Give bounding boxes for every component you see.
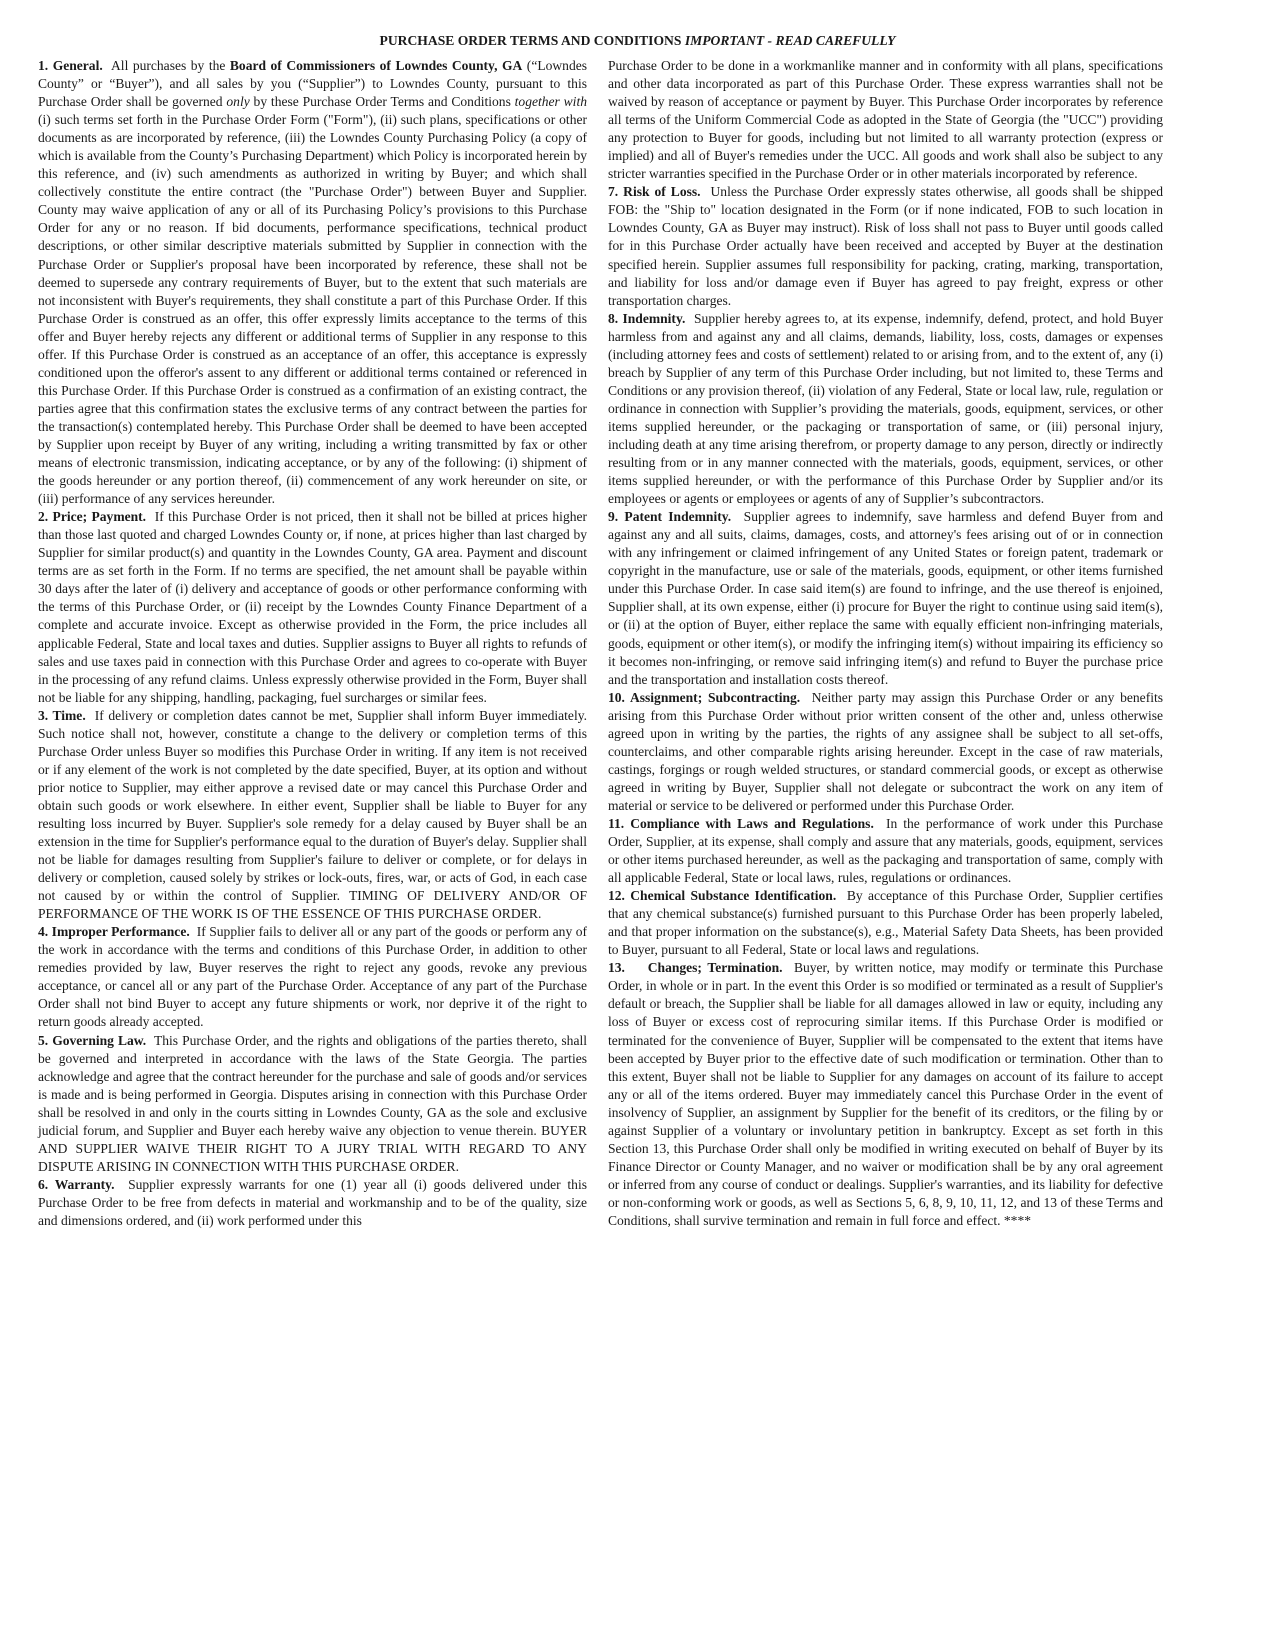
section-text: (i) such terms set forth in the Purchase… [38, 112, 587, 506]
section-chemical-substance: 12. Chemical Substance Identification. B… [608, 887, 1163, 959]
section-patent-indemnity: 9. Patent Indemnity. Supplier agrees to … [608, 508, 1163, 688]
page-title: PURCHASE ORDER TERMS AND CONDITIONS IMPO… [0, 33, 1275, 49]
section-heading: 3. Time. [38, 708, 86, 723]
section-indemnity: 8. Indemnity. Supplier hereby agrees to,… [608, 310, 1163, 509]
section-heading: 12. Chemical Substance Identification. [608, 888, 836, 903]
section-assignment-subcontracting: 10. Assignment; Subcontracting. Neither … [608, 689, 1163, 815]
section-heading: 8. Indemnity. [608, 311, 685, 326]
section-text: Unless the Purchase Order expressly stat… [608, 184, 1163, 307]
section-warranty: 6. Warranty. Supplier expressly warrants… [38, 1176, 587, 1230]
section-heading: 4. Improper Performance. [38, 924, 190, 939]
section-text: If this Purchase Order is not priced, th… [38, 509, 587, 704]
section-text-italic: together with [515, 94, 587, 109]
section-price-payment: 2. Price; Payment. If this Purchase Orde… [38, 508, 587, 707]
section-text: If delivery or completion dates cannot b… [38, 708, 587, 922]
section-time: 3. Time. If delivery or completion dates… [38, 707, 587, 924]
section-governing-law: 5. Governing Law. This Purchase Order, a… [38, 1032, 587, 1176]
section-text: Supplier agrees to indemnify, save harml… [608, 509, 1163, 686]
section-warranty-continued: Purchase Order to be done in a workmanli… [608, 57, 1163, 183]
section-heading: 10. Assignment; Subcontracting. [608, 690, 800, 705]
section-compliance-laws: 11. Compliance with Laws and Regulations… [608, 815, 1163, 887]
section-text: Purchase Order to be done in a workmanli… [608, 58, 1163, 181]
section-heading: 7. Risk of Loss. [608, 184, 701, 199]
section-heading: 13. Changes; Termination. [608, 960, 783, 975]
section-risk-of-loss: 7. Risk of Loss. Unless the Purchase Ord… [608, 183, 1163, 309]
section-heading: 11. Compliance with Laws and Regulations… [608, 816, 874, 831]
section-heading: 6. Warranty. [38, 1177, 115, 1192]
right-column: Purchase Order to be done in a workmanli… [608, 57, 1163, 1230]
page-title-main: PURCHASE ORDER TERMS AND CONDITIONS [380, 33, 682, 48]
section-heading: 5. Governing Law. [38, 1033, 146, 1048]
section-changes-termination: 13. Changes; Termination. Buyer, by writ… [608, 959, 1163, 1230]
section-text: If Supplier fails to deliver all or any … [38, 924, 587, 1029]
section-text: This Purchase Order, and the rights and … [38, 1033, 587, 1174]
section-heading: 2. Price; Payment. [38, 509, 146, 524]
section-text-italic: only [226, 94, 249, 109]
section-text: All purchases by the [111, 58, 230, 73]
section-improper-performance: 4. Improper Performance. If Supplier fai… [38, 923, 587, 1031]
end-mark: **** [1004, 1213, 1031, 1228]
section-heading: 9. Patent Indemnity. [608, 509, 731, 524]
section-text: Supplier expressly warrants for one (1) … [38, 1177, 587, 1228]
section-heading: 1. General. [38, 58, 103, 73]
page-title-emphasis: IMPORTANT - READ CAREFULLY [685, 33, 896, 48]
section-general: 1. General. All purchases by the Board o… [38, 57, 587, 508]
left-column: 1. General. All purchases by the Board o… [38, 57, 587, 1230]
section-text: Buyer, by written notice, may modify or … [608, 960, 1163, 1228]
section-text: Neither party may assign this Purchase O… [608, 690, 1163, 813]
section-text: by these Purchase Order Terms and Condit… [250, 94, 515, 109]
section-text-bold: Board of Commissioners of Lowndes County… [230, 58, 522, 73]
section-text: Supplier hereby agrees to, at its expens… [608, 311, 1163, 506]
